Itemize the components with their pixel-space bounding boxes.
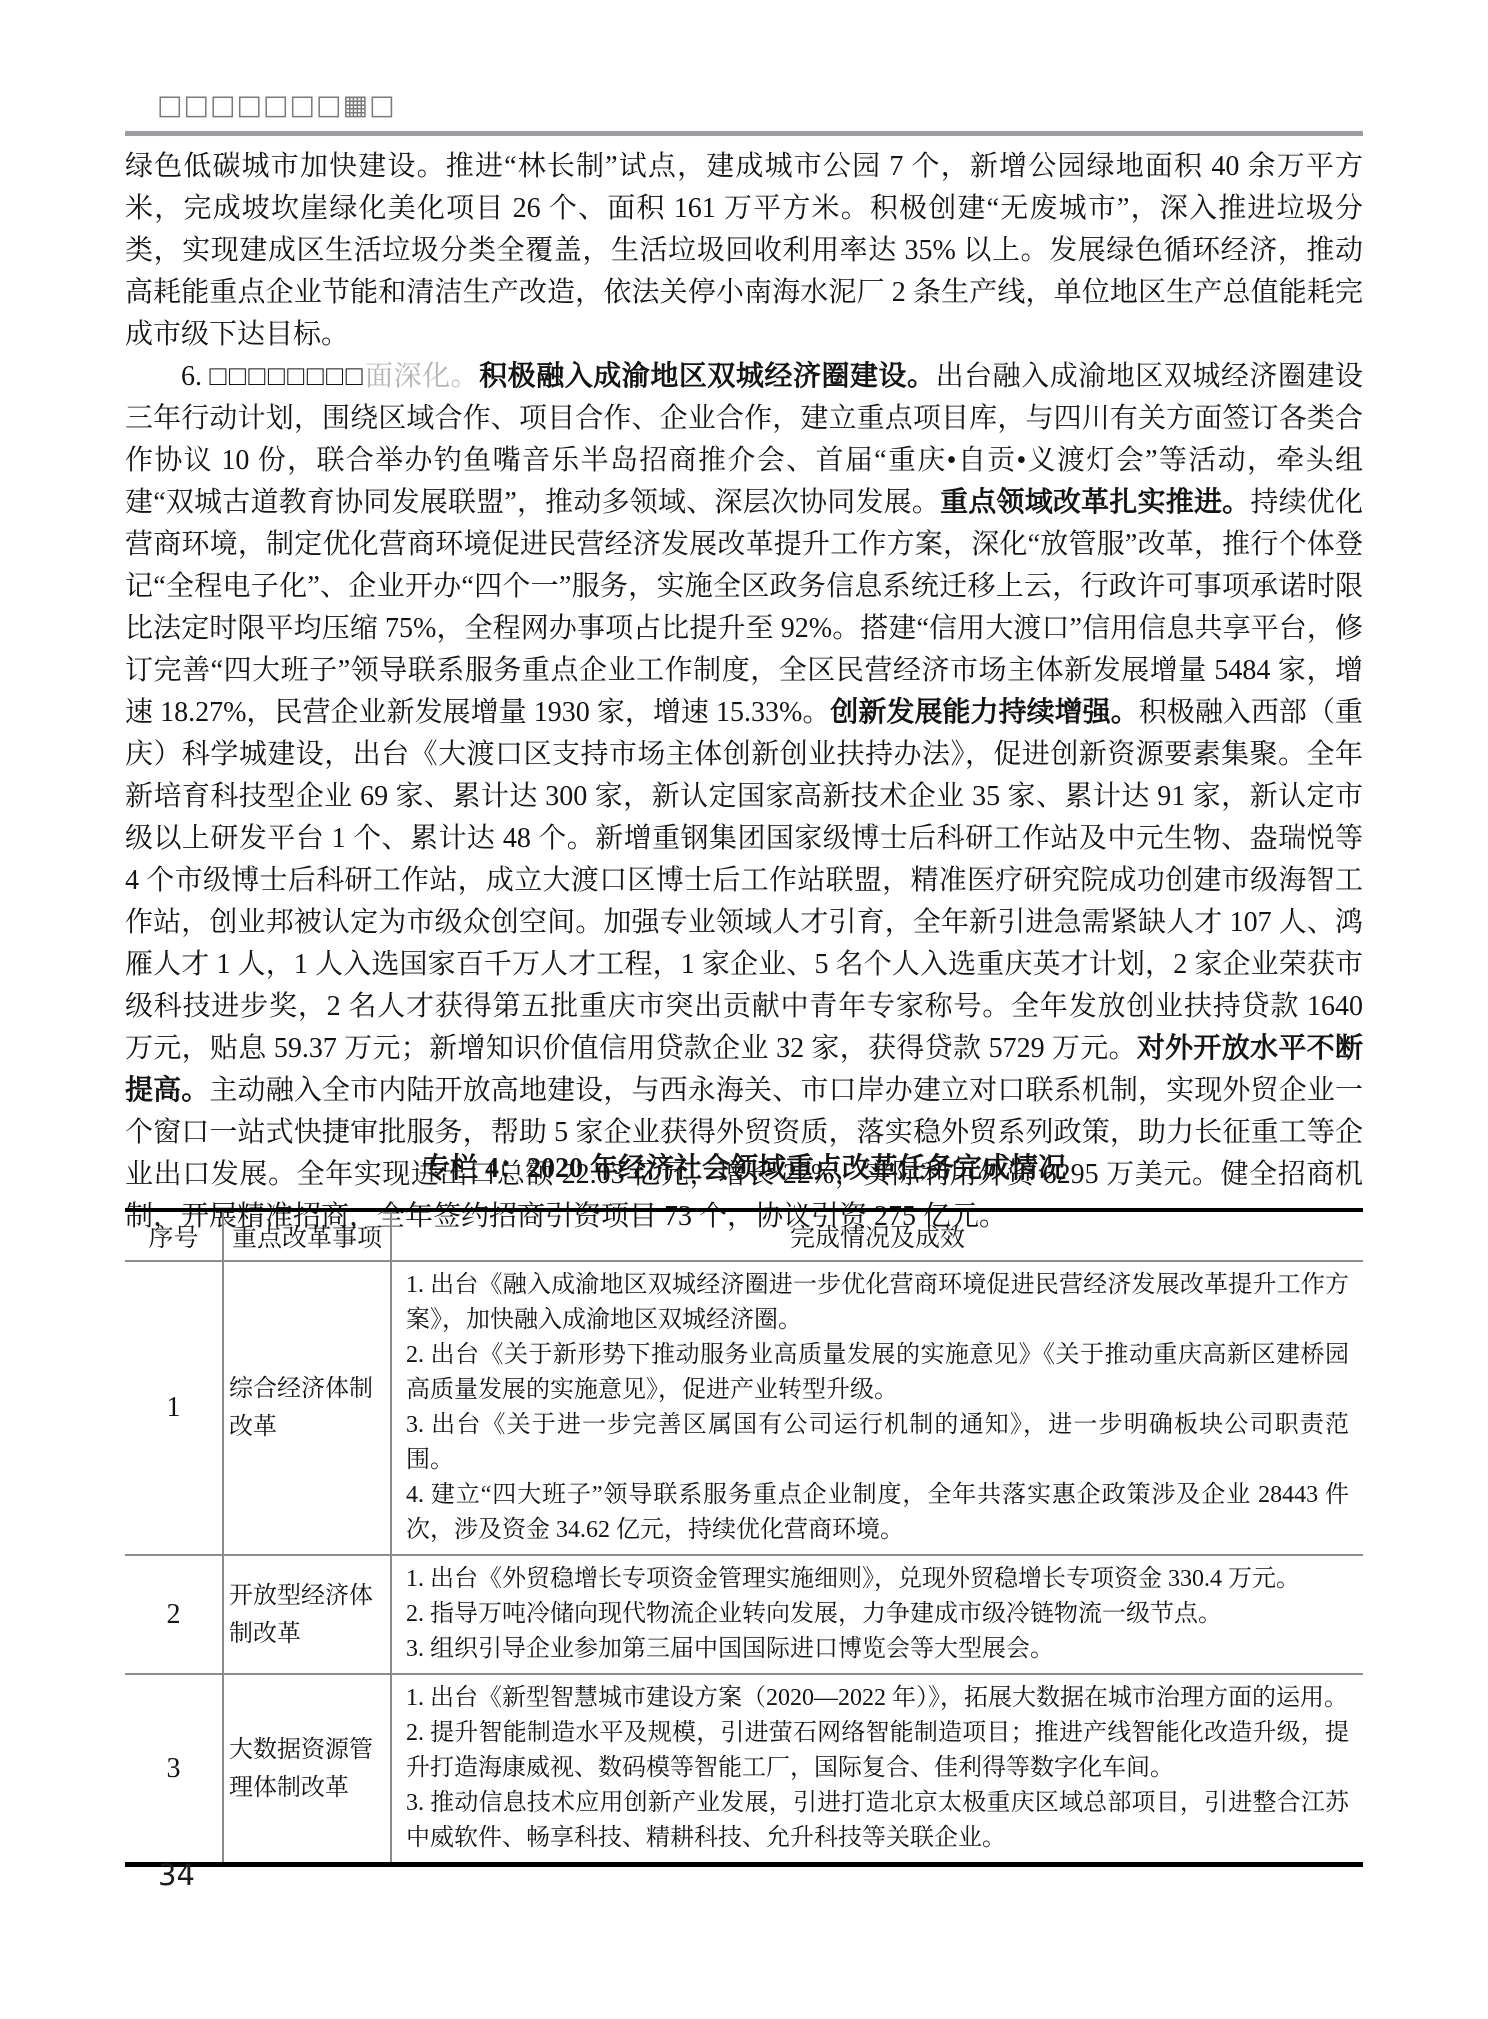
completion-detail: 1. 出台《新型智慧城市建设方案（2020—2022 年）》，拓展大数据在城市治… <box>406 1681 1349 1716</box>
column-header-no: 序号 <box>125 1210 223 1261</box>
completion-detail: 1. 出台《融入成渝地区双城经济圈进一步优化营商环境促进民营经济发展改革提升工作… <box>406 1268 1349 1338</box>
reform-item-cell: 开放型经济体 制改革 <box>223 1555 391 1674</box>
completion-detail: 3. 出台《关于进一步完善区属国有公司运行机制的通知》，进一步明确板块公司职责范… <box>406 1408 1349 1478</box>
completion-detail: 2. 出台《关于新形势下推动服务业高质量发展的实施意见》《关于推动重庆高新区建桥… <box>406 1338 1349 1408</box>
lead-sentence-2: 重点领域改革扎实推进。 <box>940 487 1250 518</box>
page-number: 34 <box>158 1858 195 1892</box>
table-title: 专栏 4：2020 年经济社会领域重点改革任务完成情况 <box>125 1146 1363 1186</box>
table-row: 3 大数据资源管 理体制改革 1. 出台《新型智慧城市建设方案（2020—202… <box>125 1674 1363 1865</box>
completion-detail: 1. 出台《外贸稳增长专项资金管理实施细则》，兑现外贸稳增长专项资金 330.4… <box>406 1562 1349 1597</box>
reform-item-line: 综合经济体制 <box>229 1370 385 1408</box>
paragraph-continuation: 绿色低碳城市加快建设。推进“林长制”试点，建成城市公园 7 个，新增公园绿地面积… <box>125 146 1363 356</box>
row-number: 3 <box>125 1674 223 1865</box>
lead-sentence-1: 积极融入成渝地区双城经济圈建设。 <box>479 361 935 392</box>
item-6-tofu-heading: □□□□□□□□ <box>210 361 366 392</box>
body-text-block: 绿色低碳城市加快建设。推进“林长制”试点，建成城市公园 7 个，新增公园绿地面积… <box>125 146 1363 1238</box>
masthead-tofu-text: □□□□□□□▦□ <box>157 90 396 122</box>
reform-item-cell: 大数据资源管 理体制改革 <box>223 1674 391 1865</box>
completion-detail: 2. 指导万吨冷储向现代物流企业转向发展，力争建成市级冷链物流一级节点。 <box>406 1597 1349 1632</box>
completion-cell: 1. 出台《新型智慧城市建设方案（2020—2022 年）》，拓展大数据在城市治… <box>391 1674 1363 1865</box>
paragraph-item-6: 6. □□□□□□□□面深化。积极融入成渝地区双城经济圈建设。出台融入成渝地区双… <box>125 356 1363 1238</box>
row-number: 2 <box>125 1555 223 1674</box>
column-header-result: 完成情况及成效 <box>391 1210 1363 1261</box>
document-page: □□□□□□□▦□ 绿色低碳城市加快建设。推进“林长制”试点，建成城市公园 7 … <box>0 0 1488 2019</box>
completion-detail: 4. 建立“四大班子”领导联系服务重点企业制度，全年共落实惠企政策涉及企业 28… <box>406 1478 1349 1548</box>
item-6-number: 6. <box>181 361 210 392</box>
completion-detail: 3. 推动信息技术应用创新产业发展，引进打造北京太极重庆区域总部项目，引进整合江… <box>406 1786 1349 1856</box>
reform-item-line: 大数据资源管 <box>229 1731 385 1769</box>
completion-cell: 1. 出台《融入成渝地区双城经济圈进一步优化营商环境促进民营经济发展改革提升工作… <box>391 1261 1363 1555</box>
item-6-ghost-text: 面深化。 <box>365 361 479 392</box>
table-row: 2 开放型经济体 制改革 1. 出台《外贸稳增长专项资金管理实施细则》，兑现外贸… <box>125 1555 1363 1674</box>
completion-detail: 3. 组织引导企业参加第三届中国国际进口博览会等大型展会。 <box>406 1632 1349 1667</box>
reform-tasks-table: 序号 重点改革事项 完成情况及成效 1 综合经济体制 改革 1. 出台《融入成渝… <box>125 1208 1363 1867</box>
reform-item-line: 理体制改革 <box>229 1769 385 1807</box>
table-row: 1 综合经济体制 改革 1. 出台《融入成渝地区双城经济圈进一步优化营商环境促进… <box>125 1261 1363 1555</box>
reform-item-line: 制改革 <box>229 1615 385 1653</box>
reform-item-cell: 综合经济体制 改革 <box>223 1261 391 1555</box>
header-divider <box>125 131 1363 136</box>
column-header-item: 重点改革事项 <box>223 1210 391 1261</box>
table-header-row: 序号 重点改革事项 完成情况及成效 <box>125 1210 1363 1261</box>
body-segment-2: 持续优化营商环境，制定优化营商环境促进民营经济发展改革提升工作方案，深化“放管服… <box>125 487 1363 728</box>
lead-sentence-3: 创新发展能力持续增强。 <box>830 697 1138 728</box>
completion-cell: 1. 出台《外贸稳增长专项资金管理实施细则》，兑现外贸稳增长专项资金 330.4… <box>391 1555 1363 1674</box>
body-segment-3: 积极融入西部（重庆）科学城建设，出台《大渡口区支持市场主体创新创业扶持办法》，促… <box>125 697 1363 1064</box>
row-number: 1 <box>125 1261 223 1555</box>
reform-item-line: 开放型经济体 <box>229 1577 385 1615</box>
completion-detail: 2. 提升智能制造水平及规模，引进萤石网络智能制造项目；推进产线智能化改造升级，… <box>406 1716 1349 1786</box>
reform-item-line: 改革 <box>229 1408 385 1446</box>
